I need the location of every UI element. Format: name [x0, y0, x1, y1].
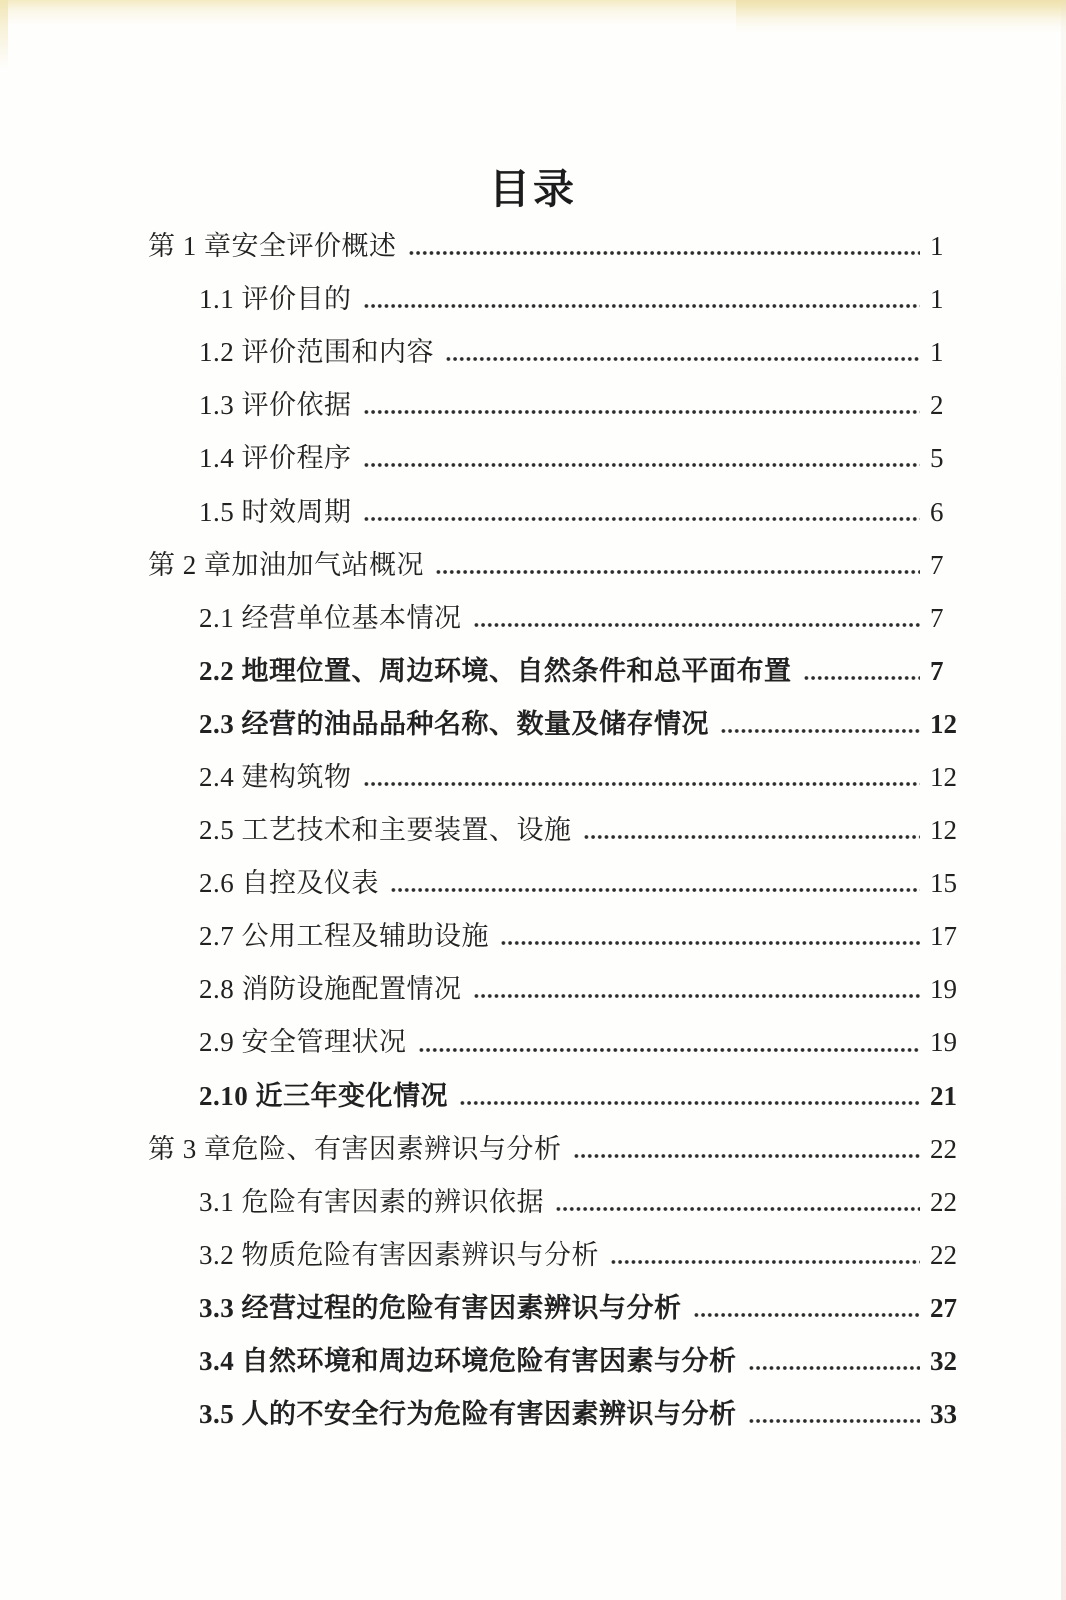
dot-leader [749, 1416, 921, 1426]
toc-entry-page: 19 [930, 1029, 958, 1056]
dot-leader [474, 991, 921, 1001]
toc-entry: 1.3 评价依据 2 [148, 379, 958, 432]
toc-entry-page: 22 [930, 1136, 958, 1163]
toc-entry-page: 17 [930, 923, 958, 950]
toc-entry-page: 27 [930, 1295, 958, 1322]
toc-entry-page: 15 [930, 870, 958, 897]
dot-leader [584, 832, 921, 842]
dot-leader [409, 248, 921, 258]
toc-entry-label: 1.1 评价目的 [199, 286, 352, 313]
toc-entry-label: 2.5 工艺技术和主要装置、设施 [199, 817, 572, 844]
dot-leader [501, 938, 920, 948]
dot-leader [694, 1310, 921, 1320]
toc-entry: 1.4 评价程序 5 [148, 432, 958, 485]
toc-entry: 第 1 章安全评价概述 1 [148, 220, 958, 273]
toc-entry-label: 1.2 评价范围和内容 [199, 339, 434, 366]
toc-entry-page: 7 [930, 658, 958, 685]
toc-entry: 3.4 自然环境和周边环境危险有害因素与分析 32 [148, 1335, 958, 1388]
dot-leader [574, 1151, 921, 1161]
toc-entry-label: 第 3 章危险、有害因素辨识与分析 [148, 1136, 562, 1163]
dot-leader [364, 460, 921, 470]
scan-edge-top-right [736, 0, 1066, 34]
toc-entry: 2.2 地理位置、周边环境、自然条件和总平面布置 7 [148, 645, 958, 698]
toc-entry: 3.3 经营过程的危险有害因素辨识与分析 27 [148, 1282, 958, 1335]
toc-entry-page: 22 [930, 1189, 958, 1216]
dot-leader [721, 726, 920, 736]
toc-entry: 第 2 章加油加气站概况 7 [148, 539, 958, 592]
dot-leader [749, 1363, 921, 1373]
toc-list: 第 1 章安全评价概述 1 1.1 评价目的 1 1.2 评价范围和内容 1 1… [148, 220, 958, 1441]
toc-entry-page: 22 [930, 1242, 958, 1269]
toc-entry: 2.1 经营单位基本情况 7 [148, 592, 958, 645]
dot-leader [556, 1204, 920, 1214]
dot-leader [804, 673, 921, 683]
toc-entry-page: 12 [930, 711, 958, 738]
toc-entry: 2.3 经营的油品品种名称、数量及储存情况 12 [148, 698, 958, 751]
dot-leader [364, 779, 921, 789]
toc-entry-page: 7 [930, 552, 958, 579]
toc-entry: 2.5 工艺技术和主要装置、设施 12 [148, 804, 958, 857]
page-title: 目录 [0, 156, 1066, 215]
toc-entry-label: 2.3 经营的油品品种名称、数量及储存情况 [199, 711, 709, 738]
dot-leader [364, 514, 921, 524]
toc-entry-page: 5 [930, 445, 958, 472]
toc-entry-page: 33 [930, 1401, 958, 1428]
toc-entry-label: 1.5 时效周期 [199, 499, 352, 526]
toc-entry-label: 第 2 章加油加气站概况 [148, 552, 424, 579]
toc-entry-page: 21 [930, 1083, 958, 1110]
dot-leader [446, 354, 920, 364]
dot-leader [364, 407, 921, 417]
toc-entry: 2.7 公用工程及辅助设施 17 [148, 910, 958, 963]
toc-entry-label: 2.8 消防设施配置情况 [199, 976, 462, 1003]
toc-entry-label: 3.3 经营过程的危险有害因素辨识与分析 [199, 1295, 682, 1322]
toc-entry-label: 2.4 建构筑物 [199, 764, 352, 791]
toc-entry-page: 6 [930, 499, 958, 526]
toc-entry: 2.9 安全管理状况 19 [148, 1016, 958, 1069]
dot-leader [460, 1098, 920, 1108]
scanned-document-page: 目录 第 1 章安全评价概述 1 1.1 评价目的 1 1.2 评价范围和内容 … [0, 0, 1066, 1600]
dot-leader [419, 1045, 921, 1055]
toc-entry-label: 2.10 近三年变化情况 [199, 1083, 448, 1110]
toc-entry-label: 第 1 章安全评价概述 [148, 233, 397, 260]
toc-entry-label: 2.1 经营单位基本情况 [199, 605, 462, 632]
toc-entry-page: 12 [930, 817, 958, 844]
toc-entry: 1.5 时效周期 6 [148, 485, 958, 538]
toc-entry: 1.1 评价目的 1 [148, 273, 958, 326]
toc-entry-page: 1 [930, 339, 958, 366]
toc-entry-page: 12 [930, 764, 958, 791]
toc-entry-label: 2.9 安全管理状况 [199, 1029, 407, 1056]
scan-edge-left [0, 0, 8, 70]
toc-entry: 3.1 危险有害因素的辨识依据 22 [148, 1176, 958, 1229]
toc-entry-label: 2.2 地理位置、周边环境、自然条件和总平面布置 [199, 658, 792, 685]
toc-entry-label: 2.7 公用工程及辅助设施 [199, 923, 489, 950]
toc-entry-label: 3.4 自然环境和周边环境危险有害因素与分析 [199, 1348, 737, 1375]
toc-entry-page: 32 [930, 1348, 958, 1375]
toc-entry-label: 3.5 人的不安全行为危险有害因素辨识与分析 [199, 1401, 737, 1428]
toc-entry: 3.5 人的不安全行为危险有害因素辨识与分析 33 [148, 1388, 958, 1441]
toc-entry: 2.4 建构筑物 12 [148, 751, 958, 804]
dot-leader [611, 1257, 920, 1267]
toc-entry-label: 3.1 危险有害因素的辨识依据 [199, 1189, 544, 1216]
dot-leader [364, 301, 921, 311]
toc-entry-label: 1.3 评价依据 [199, 392, 352, 419]
toc-entry: 2.6 自控及仪表 15 [148, 857, 958, 910]
dot-leader [436, 567, 920, 577]
scan-edge-right [1061, 0, 1066, 1600]
toc-entry-label: 2.6 自控及仪表 [199, 870, 379, 897]
toc-entry-page: 1 [930, 233, 958, 260]
toc-entry: 2.8 消防设施配置情况 19 [148, 963, 958, 1016]
toc-entry: 3.2 物质危险有害因素辨识与分析 22 [148, 1229, 958, 1282]
toc-entry-page: 19 [930, 976, 958, 1003]
toc-entry-page: 1 [930, 286, 958, 313]
toc-entry-page: 2 [930, 392, 958, 419]
dot-leader [474, 620, 921, 630]
toc-entry: 1.2 评价范围和内容 1 [148, 326, 958, 379]
toc-entry-label: 3.2 物质危险有害因素辨识与分析 [199, 1242, 599, 1269]
scan-edge-top [0, 0, 1066, 26]
dot-leader [391, 885, 920, 895]
toc-entry: 2.10 近三年变化情况 21 [148, 1070, 958, 1123]
toc-entry: 第 3 章危险、有害因素辨识与分析 22 [148, 1123, 958, 1176]
toc-entry-page: 7 [930, 605, 958, 632]
toc-entry-label: 1.4 评价程序 [199, 445, 352, 472]
